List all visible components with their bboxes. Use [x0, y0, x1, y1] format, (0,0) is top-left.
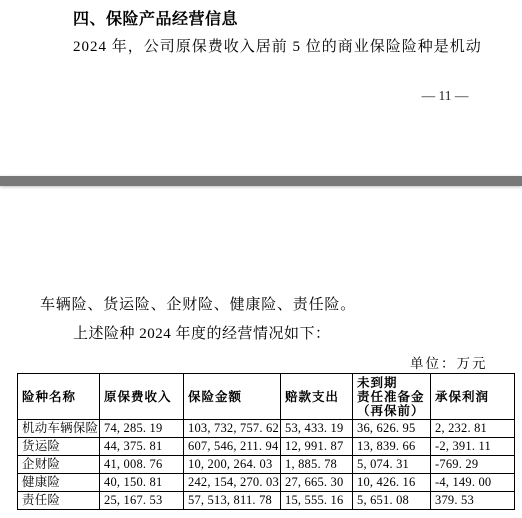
table-header-cell-insurance-type: 险种名称	[18, 374, 100, 420]
table-row: 货运险 44, 375. 81 607, 546, 211. 94 12, 99…	[18, 438, 515, 456]
table-cell: 27, 665. 30	[281, 474, 353, 492]
table-cell: -4, 149. 00	[431, 474, 515, 492]
table-cell: 607, 546, 211. 94	[184, 438, 281, 456]
table-cell: 53, 433. 19	[281, 420, 353, 438]
body-text-line-3: 上述险种 2024 年度的经营情况如下：	[73, 325, 331, 344]
table-header-cell-insured-amount: 保险金额	[184, 374, 281, 420]
table-header-cell-unearned-premium-reserve: 未到期 责任准备金 （再保前）	[353, 374, 431, 420]
table-cell: 25, 167. 53	[100, 492, 184, 510]
page-number: — 11 —	[400, 88, 490, 104]
table-header-cell-underwriting-profit: 承保利润	[431, 374, 515, 420]
table-cell: 10, 426. 16	[353, 474, 431, 492]
unit-label: 单位：万元	[410, 352, 488, 372]
table-cell: 44, 375. 81	[100, 438, 184, 456]
table-cell: -769. 29	[431, 456, 515, 474]
table-cell: 5, 074. 31	[353, 456, 431, 474]
table-cell: 企财险	[18, 456, 100, 474]
table-cell: 12, 991. 87	[281, 438, 353, 456]
table-row: 企财险 41, 008. 76 10, 200, 264. 03 1, 885.…	[18, 456, 515, 474]
body-text-line-2: 车辆险、货运险、企财险、健康险、责任险。	[40, 296, 356, 315]
table-cell: 责任险	[18, 492, 100, 510]
table-cell: 379. 53	[431, 492, 515, 510]
table-header-cell-original-premium-income: 原保费收入	[100, 374, 184, 420]
table-header-row: 险种名称 原保费收入 保险金额 赔款支出 未到期 责任准备金 （再保前） 承保利…	[18, 374, 515, 420]
table-cell: 57, 513, 811. 78	[184, 492, 281, 510]
table-cell: 15, 555. 16	[281, 492, 353, 510]
table-cell: 1, 885. 78	[281, 456, 353, 474]
table-row: 健康险 40, 150. 81 242, 154, 270. 03 27, 66…	[18, 474, 515, 492]
table-row: 责任险 25, 167. 53 57, 513, 811. 78 15, 555…	[18, 492, 515, 510]
table-cell: 41, 008. 76	[100, 456, 184, 474]
table-cell: 36, 626. 95	[353, 420, 431, 438]
table-cell: 5, 651. 08	[353, 492, 431, 510]
table-cell: 40, 150. 81	[100, 474, 184, 492]
page-divider-bar	[0, 176, 522, 186]
table-cell: 2, 232. 81	[431, 420, 515, 438]
section-title: 四、保险产品经营信息	[73, 6, 238, 29]
table-cell: 机动车辆保险	[18, 420, 100, 438]
table-cell: 103, 732, 757. 62	[184, 420, 281, 438]
table-row: 机动车辆保险 74, 285. 19 103, 732, 757. 62 53,…	[18, 420, 515, 438]
table-header-cell-claims-paid: 赔款支出	[281, 374, 353, 420]
table-cell: 13, 839. 66	[353, 438, 431, 456]
body-text-line-1: 2024 年，公司原保费收入居前 5 位的商业保险险种是机动	[73, 38, 482, 57]
table-cell: 健康险	[18, 474, 100, 492]
table-cell: 242, 154, 270. 03	[184, 474, 281, 492]
table-cell: 10, 200, 264. 03	[184, 456, 281, 474]
table-cell: 货运险	[18, 438, 100, 456]
table-cell: -2, 391. 11	[431, 438, 515, 456]
table-cell: 74, 285. 19	[100, 420, 184, 438]
insurance-operations-table: 险种名称 原保费收入 保险金额 赔款支出 未到期 责任准备金 （再保前） 承保利…	[17, 373, 515, 510]
